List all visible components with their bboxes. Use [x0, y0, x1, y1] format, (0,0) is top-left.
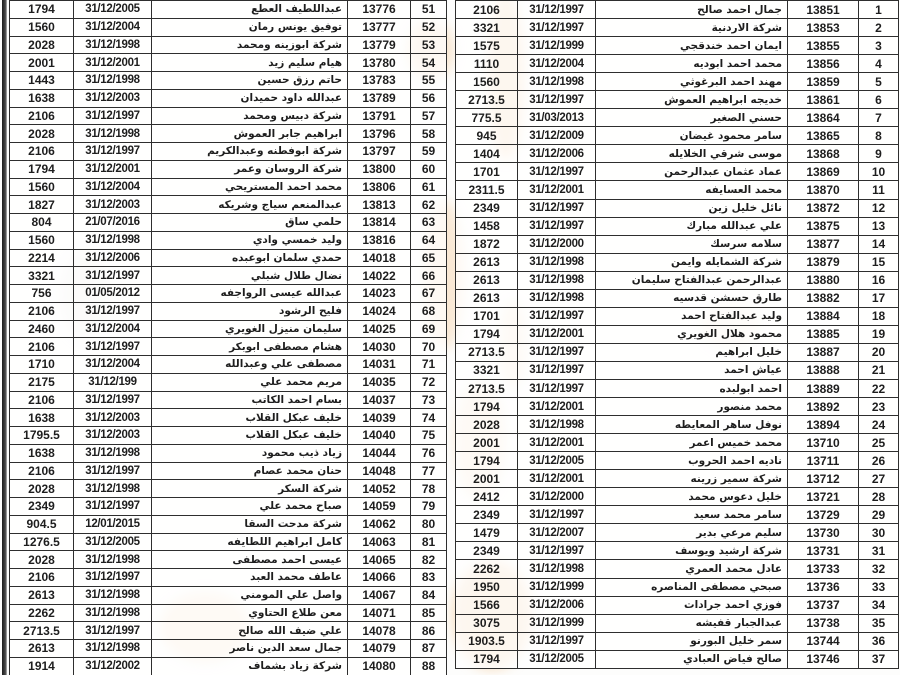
serial-cell: 5	[859, 73, 899, 91]
table-row: 261331/12/1998واصل علي المومني1406784	[10, 587, 447, 605]
amount-cell: 3075	[456, 615, 518, 633]
amount-cell: 1638	[10, 90, 74, 108]
id-cell: 14030	[348, 338, 411, 356]
date-cell: 31/12/2001	[518, 470, 596, 488]
amount-cell: 1914	[10, 658, 74, 675]
name-cell: وليد عبدالفتاح احمد	[596, 308, 788, 326]
serial-cell: 33	[859, 579, 899, 597]
serial-cell: 62	[411, 196, 447, 214]
date-cell: 31/12/1997	[518, 542, 596, 560]
date-cell: 31/12/2002	[74, 658, 152, 675]
serial-cell: 53	[411, 37, 447, 55]
serial-cell: 87	[411, 640, 447, 658]
id-cell: 13797	[348, 143, 411, 161]
name-cell: شركة الاردنية	[596, 19, 788, 37]
id-cell: 13779	[348, 37, 411, 55]
id-cell: 13885	[788, 326, 859, 344]
date-cell: 31/12/1998	[74, 587, 152, 605]
name-cell: عياش احمد	[596, 362, 788, 380]
table-row: 163831/12/2003خليف عبكل القلاب1403974	[10, 409, 447, 427]
table-row: 111031/12/2004محمد احمد ابوديه138564	[456, 55, 899, 73]
name-cell: عيسى احمد مصطفى	[152, 551, 348, 569]
date-cell: 31/12/2004	[518, 55, 596, 73]
amount-cell: 3321	[10, 267, 74, 285]
date-cell: 31/12/2006	[518, 597, 596, 615]
table-row: 179431/12/2001شركة الروسان وعمر1380060	[10, 161, 447, 179]
date-cell: 31/12/1997	[518, 633, 596, 651]
table-row: 221431/12/2006حمدي سلمان ابوعبده1401865	[10, 250, 447, 268]
name-cell: موسى شرقي الخلايله	[596, 145, 788, 163]
name-cell: ابراهيم جابر العموش	[152, 125, 348, 143]
id-cell: 14025	[348, 321, 411, 339]
amount-cell: 2106	[10, 569, 74, 587]
table-row: 200131/12/2001هيام سليم زيد1378054	[10, 54, 447, 72]
serial-cell: 13	[859, 218, 899, 236]
id-cell: 13731	[788, 542, 859, 560]
table-row: 2713.531/12/1997خديجه ابراهيم العموش1386…	[456, 91, 899, 109]
id-cell: 13884	[788, 308, 859, 326]
serial-cell: 60	[411, 161, 447, 179]
id-cell: 13816	[348, 232, 411, 250]
id-cell: 14052	[348, 480, 411, 498]
name-cell: سامر محمد سعيد	[596, 506, 788, 524]
id-cell: 14062	[348, 516, 411, 534]
id-cell: 14063	[348, 534, 411, 552]
table-row: 1903.531/12/1997سمر خليل البورنو1374436	[456, 633, 899, 651]
id-cell: 13869	[788, 163, 859, 181]
date-cell: 31/12/1998	[518, 290, 596, 308]
date-cell: 31/12/2003	[74, 427, 152, 445]
name-cell: هشام مصطفى ابوبكر	[152, 338, 348, 356]
serial-cell: 34	[859, 597, 899, 615]
id-cell: 13814	[348, 214, 411, 232]
name-cell: شركة الشمايله وايمن	[596, 254, 788, 272]
date-cell: 31/12/2001	[518, 434, 596, 452]
serial-cell: 36	[859, 633, 899, 651]
name-cell: نضال طلال شبلي	[152, 267, 348, 285]
date-cell: 31/12/1998	[74, 551, 152, 569]
id-cell: 14065	[348, 551, 411, 569]
name-cell: حسني الصغير	[596, 109, 788, 127]
name-cell: بسام احمد الكاتب	[152, 392, 348, 410]
table-row: 75601/05/2012عبدالله عيسى الرواجفه140236…	[10, 285, 447, 303]
name-cell: خليف عبكل القلاب	[152, 427, 348, 445]
id-cell: 13889	[788, 380, 859, 398]
table-row: 210631/12/1997هشام مصطفى ابوبكر1403070	[10, 338, 447, 356]
amount-cell: 2349	[456, 506, 518, 524]
serial-cell: 19	[859, 326, 899, 344]
name-cell: ناديه احمد الحروب	[596, 452, 788, 470]
serial-cell: 70	[411, 338, 447, 356]
date-cell: 31/12/2005	[518, 452, 596, 470]
table-row: 217531/12/199مريم محمد علي1403572	[10, 374, 447, 392]
id-cell: 13882	[788, 290, 859, 308]
date-cell: 31/12/2003	[74, 90, 152, 108]
serial-cell: 12	[859, 200, 899, 218]
table-row: 163831/12/2003عبدالله داود حميدان1378956	[10, 90, 447, 108]
date-cell: 31/12/1997	[74, 569, 152, 587]
table-row: 210631/12/1997شركة ابوفطنه وعبدالكريم137…	[10, 143, 447, 161]
table-row: 156031/12/2004محمد احمد المستريحي1380661	[10, 179, 447, 197]
serial-cell: 77	[411, 463, 447, 481]
date-cell: 31/12/1998	[74, 232, 152, 250]
name-cell: حلمي ساق	[152, 214, 348, 232]
table-row: 170131/12/1997عماد عثمان عبدالرحمن138691…	[456, 163, 899, 181]
table-row: 2713.531/12/1997احمد ابولبده1388922	[456, 380, 899, 398]
date-cell: 21/07/2016	[74, 214, 152, 232]
id-cell: 13888	[788, 362, 859, 380]
name-cell: شركة ابوزينه ومحمد	[152, 37, 348, 55]
id-cell: 13789	[348, 90, 411, 108]
name-cell: هيام سليم زيد	[152, 54, 348, 72]
table-row: 94531/12/2009سامر محمود غيضان138658	[456, 127, 899, 145]
date-cell: 31/12/1997	[518, 308, 596, 326]
amount-cell: 2613	[456, 290, 518, 308]
date-cell: 31/12/2006	[518, 145, 596, 163]
name-cell: محمد خميس اعمر	[596, 434, 788, 452]
table-row: 170131/12/1997وليد عبدالفتاح احمد1388418	[456, 308, 899, 326]
date-cell: 31/12/2000	[518, 236, 596, 254]
serial-cell: 26	[859, 452, 899, 470]
id-cell: 13813	[348, 196, 411, 214]
date-cell: 31/12/1998	[518, 560, 596, 578]
amount-cell: 2713.5	[456, 91, 518, 109]
table-row: 156031/12/2004توفيق يونس رمان1377752	[10, 19, 447, 37]
table-row: 156031/12/1998وليد خمسي وادي1381664	[10, 232, 447, 250]
date-cell: 31/12/2006	[74, 250, 152, 268]
id-cell: 13875	[788, 218, 859, 236]
amount-cell: 1794	[10, 161, 74, 179]
table-row: 261331/12/1998عبدالرحمن عبدالفتاح سليمان…	[456, 272, 899, 290]
table-row: 144331/12/1998حاتم رزق حسين1378355	[10, 72, 447, 90]
amount-cell: 1794	[456, 398, 518, 416]
serial-cell: 29	[859, 506, 899, 524]
amount-cell: 2028	[10, 125, 74, 143]
date-cell: 31/12/1997	[74, 392, 152, 410]
date-cell: 31/12/199	[74, 374, 152, 392]
amount-cell: 1458	[456, 218, 518, 236]
id-cell: 14024	[348, 303, 411, 321]
amount-cell: 1950	[456, 579, 518, 597]
serial-cell: 72	[411, 374, 447, 392]
table-row: 195031/12/1999صبحي مصطفى المناصره1373633	[456, 579, 899, 597]
date-cell: 31/03/2013	[518, 109, 596, 127]
serial-cell: 85	[411, 605, 447, 623]
name-cell: خليف عبكل القلاب	[152, 409, 348, 427]
table-row: 157531/12/1999ايمان احمد خندقجي138553	[456, 37, 899, 55]
serial-cell: 86	[411, 622, 447, 640]
name-cell: شركة زياد بشماف	[152, 658, 348, 675]
date-cell: 31/12/1998	[518, 416, 596, 434]
date-cell: 31/12/1997	[518, 380, 596, 398]
amount-cell: 2106	[456, 1, 518, 19]
name-cell: عاطف محمد العبد	[152, 569, 348, 587]
name-cell: سليم مرعي بدير	[596, 524, 788, 542]
scanned-document-page: 179431/12/2005عبداللطيف العطع13776511560…	[0, 0, 900, 675]
table-row: 191431/12/2002شركة زياد بشماف1408088	[10, 658, 447, 675]
table-row: 332131/12/1997شركة الاردنية138532	[456, 19, 899, 37]
date-cell: 31/12/2005	[74, 1, 152, 19]
table-row: 210631/12/1997عاطف محمد العبد1406683	[10, 569, 447, 587]
id-cell: 14048	[348, 463, 411, 481]
table-row: 246031/12/2004سليمان منيزل الغويري140256…	[10, 321, 447, 339]
table-row: 234931/12/1997صباح محمد علي1405979	[10, 498, 447, 516]
amount-cell: 1701	[456, 308, 518, 326]
serial-cell: 76	[411, 445, 447, 463]
amount-cell: 1560	[10, 179, 74, 197]
serial-cell: 79	[411, 498, 447, 516]
serial-cell: 65	[411, 250, 447, 268]
name-cell: عماد عثمان عبدالرحمن	[596, 163, 788, 181]
amount-cell: 2028	[456, 416, 518, 434]
id-cell: 13806	[348, 179, 411, 197]
serial-cell: 57	[411, 108, 447, 126]
amount-cell: 2106	[10, 392, 74, 410]
date-cell: 31/12/1997	[74, 143, 152, 161]
id-cell: 13712	[788, 470, 859, 488]
name-cell: كامل ابراهيم اللطايفه	[152, 534, 348, 552]
name-cell: سامر محمود غيضان	[596, 127, 788, 145]
id-cell: 13894	[788, 416, 859, 434]
amount-cell: 2175	[10, 374, 74, 392]
serial-cell: 63	[411, 214, 447, 232]
serial-cell: 51	[411, 1, 447, 19]
table-row: 332131/12/1997عياش احمد1388821	[456, 362, 899, 380]
amount-cell: 2262	[10, 605, 74, 623]
amount-cell: 2028	[10, 37, 74, 55]
serial-cell: 3	[859, 37, 899, 55]
id-cell: 13879	[788, 254, 859, 272]
table-row: 261331/12/1998طارق حسشن قدسيه1388217	[456, 290, 899, 308]
amount-cell: 2001	[456, 434, 518, 452]
name-cell: عبدالله عيسى الرواجفه	[152, 285, 348, 303]
date-cell: 31/12/2003	[74, 196, 152, 214]
id-cell: 14044	[348, 445, 411, 463]
table-row: 261331/12/1998جمال سعد الدين ناصر1407987	[10, 640, 447, 658]
date-cell: 31/12/1997	[518, 362, 596, 380]
id-cell: 13868	[788, 145, 859, 163]
serial-cell: 88	[411, 658, 447, 675]
table-row: 775.531/03/2013حسني الصغير138647	[456, 109, 899, 127]
serial-cell: 24	[859, 416, 899, 434]
id-cell: 13710	[788, 434, 859, 452]
table-row: 80421/07/2016حلمي ساق1381463	[10, 214, 447, 232]
serial-cell: 17	[859, 290, 899, 308]
name-cell: محمد احمد ابوديه	[596, 55, 788, 73]
table-row: 202831/12/1998نوفل ساهر المعايطه1389424	[456, 416, 899, 434]
serial-cell: 82	[411, 551, 447, 569]
date-cell: 31/12/1997	[518, 1, 596, 19]
serial-cell: 56	[411, 90, 447, 108]
id-cell: 13777	[348, 19, 411, 37]
serial-cell: 23	[859, 398, 899, 416]
name-cell: طارق حسشن قدسيه	[596, 290, 788, 308]
amount-cell: 1276.5	[10, 534, 74, 552]
id-cell: 14039	[348, 409, 411, 427]
date-cell: 31/12/1998	[74, 72, 152, 90]
table-row: 163831/12/1998زياد ذيب محمود1404476	[10, 445, 447, 463]
amount-cell: 2106	[10, 463, 74, 481]
name-cell: شركة دبيس ومحمد	[152, 108, 348, 126]
name-cell: شركة ارشيد ويوسف	[596, 542, 788, 560]
id-cell: 14022	[348, 267, 411, 285]
date-cell: 31/12/2001	[518, 181, 596, 199]
name-cell: وليد خمسي وادي	[152, 232, 348, 250]
table-row: 200131/12/2001محمد خميس اعمر1371025	[456, 434, 899, 452]
name-cell: عبدالله داود حميدان	[152, 90, 348, 108]
serial-cell: 14	[859, 236, 899, 254]
id-cell: 13729	[788, 506, 859, 524]
name-cell: مهند احمد البرغوثي	[596, 73, 788, 91]
serial-cell: 83	[411, 569, 447, 587]
amount-cell: 1638	[10, 445, 74, 463]
date-cell: 31/12/1997	[74, 267, 152, 285]
id-cell: 13865	[788, 127, 859, 145]
date-cell: 31/12/1997	[74, 338, 152, 356]
date-cell: 31/12/2001	[74, 54, 152, 72]
table-row: 226231/12/1998معن طلاع الحتاوي1407185	[10, 605, 447, 623]
amount-cell: 756	[10, 285, 74, 303]
id-cell: 14040	[348, 427, 411, 445]
date-cell: 31/12/1998	[518, 73, 596, 91]
date-cell: 31/12/2001	[518, 326, 596, 344]
table-row: 210631/12/1997شركة دبيس ومحمد1379157	[10, 108, 447, 126]
serial-cell: 27	[859, 470, 899, 488]
serial-cell: 52	[411, 19, 447, 37]
serial-cell: 21	[859, 362, 899, 380]
amount-cell: 2262	[456, 560, 518, 578]
date-cell: 31/12/2004	[74, 321, 152, 339]
amount-cell: 1560	[456, 73, 518, 91]
id-cell: 13780	[348, 54, 411, 72]
serial-cell: 35	[859, 615, 899, 633]
table-row: 187231/12/2000سلامه سرسك1387714	[456, 236, 899, 254]
date-cell: 31/12/2007	[518, 524, 596, 542]
id-cell: 13737	[788, 597, 859, 615]
amount-cell: 1794	[456, 651, 518, 669]
name-cell: احمد ابولبده	[596, 380, 788, 398]
table-row: 200131/12/2001شركة سمير زرينه1371227	[456, 470, 899, 488]
serial-cell: 84	[411, 587, 447, 605]
date-cell: 31/12/1997	[518, 19, 596, 37]
id-cell: 14067	[348, 587, 411, 605]
date-cell: 31/12/1997	[74, 108, 152, 126]
amount-cell: 2613	[456, 272, 518, 290]
amount-cell: 904.5	[10, 516, 74, 534]
date-cell: 31/12/1997	[74, 463, 152, 481]
name-cell: ايمان احمد خندقجي	[596, 37, 788, 55]
serial-cell: 74	[411, 409, 447, 427]
table-row: 179431/12/2001محمود هلال الغويري1388519	[456, 326, 899, 344]
serial-cell: 78	[411, 480, 447, 498]
serial-cell: 59	[411, 143, 447, 161]
amount-cell: 1710	[10, 356, 74, 374]
name-cell: علي عبدالله مبارك	[596, 218, 788, 236]
amount-cell: 3321	[456, 362, 518, 380]
amount-cell: 1795.5	[10, 427, 74, 445]
date-cell: 31/12/1999	[518, 579, 596, 597]
date-cell: 31/12/1997	[74, 622, 152, 640]
name-cell: توفيق يونس رمان	[152, 19, 348, 37]
name-cell: صالح فياض العبادي	[596, 651, 788, 669]
amount-cell: 2713.5	[10, 622, 74, 640]
date-cell: 31/12/1998	[74, 640, 152, 658]
amount-cell: 804	[10, 214, 74, 232]
date-cell: 31/12/2004	[74, 356, 152, 374]
table-row: 171031/12/2004مصطفى علي وعبدالله1403171	[10, 356, 447, 374]
id-cell: 13877	[788, 236, 859, 254]
name-cell: فليح الرشود	[152, 303, 348, 321]
date-cell: 31/12/1997	[518, 506, 596, 524]
serial-cell: 66	[411, 267, 447, 285]
name-cell: محمود هلال الغويري	[596, 326, 788, 344]
amount-cell: 2106	[10, 303, 74, 321]
id-cell: 13800	[348, 161, 411, 179]
serial-cell: 10	[859, 163, 899, 181]
amount-cell: 1560	[10, 232, 74, 250]
id-cell: 13861	[788, 91, 859, 109]
table-row: 241231/12/2000خليل دعوس محمد1372128	[456, 488, 899, 506]
date-cell: 31/12/1998	[74, 125, 152, 143]
amount-cell: 2106	[10, 338, 74, 356]
name-cell: خليل دعوس محمد	[596, 488, 788, 506]
date-cell: 31/12/1997	[74, 498, 152, 516]
date-cell: 31/12/1998	[74, 37, 152, 55]
serial-cell: 75	[411, 427, 447, 445]
id-cell: 13851	[788, 1, 859, 19]
id-cell: 13859	[788, 73, 859, 91]
name-cell: جمال سعد الدين ناصر	[152, 640, 348, 658]
amount-cell: 2001	[10, 54, 74, 72]
serial-cell: 54	[411, 54, 447, 72]
name-cell: عبداللطيف العطع	[152, 1, 348, 19]
id-cell: 13783	[348, 72, 411, 90]
amount-cell: 1110	[456, 55, 518, 73]
table-row: 179431/12/2001محمد منصور1389223	[456, 398, 899, 416]
serial-cell: 15	[859, 254, 899, 272]
serial-cell: 18	[859, 308, 899, 326]
amount-cell: 2028	[10, 551, 74, 569]
name-cell: واصل علي المومني	[152, 587, 348, 605]
amount-cell: 2613	[10, 587, 74, 605]
amount-cell: 2349	[456, 200, 518, 218]
name-cell: فوزي احمد جرادات	[596, 597, 788, 615]
amount-cell: 1872	[456, 236, 518, 254]
amount-cell: 2713.5	[456, 380, 518, 398]
date-cell: 31/12/1998	[74, 605, 152, 623]
name-cell: شركة ابوفطنه وعبدالكريم	[152, 143, 348, 161]
id-cell: 14018	[348, 250, 411, 268]
amount-cell: 2349	[456, 542, 518, 560]
amount-cell: 1827	[10, 196, 74, 214]
table-row: 1795.531/12/2003خليف عبكل القلاب1404075	[10, 427, 447, 445]
table-row: 202831/12/1998ابراهيم جابر العموش1379658	[10, 125, 447, 143]
id-cell: 14031	[348, 356, 411, 374]
id-cell: 13856	[788, 55, 859, 73]
date-cell: 31/12/1997	[518, 163, 596, 181]
name-cell: زياد ذيب محمود	[152, 445, 348, 463]
amount-cell: 3321	[456, 19, 518, 37]
amount-cell: 1575	[456, 37, 518, 55]
date-cell: 31/12/1997	[518, 200, 596, 218]
serial-cell: 25	[859, 434, 899, 452]
table-row: 202831/12/1998شركة السكر1405278	[10, 480, 447, 498]
name-cell: شركة الروسان وعمر	[152, 161, 348, 179]
date-cell: 31/12/1997	[74, 303, 152, 321]
serial-cell: 11	[859, 181, 899, 199]
id-cell: 14079	[348, 640, 411, 658]
id-cell: 14071	[348, 605, 411, 623]
